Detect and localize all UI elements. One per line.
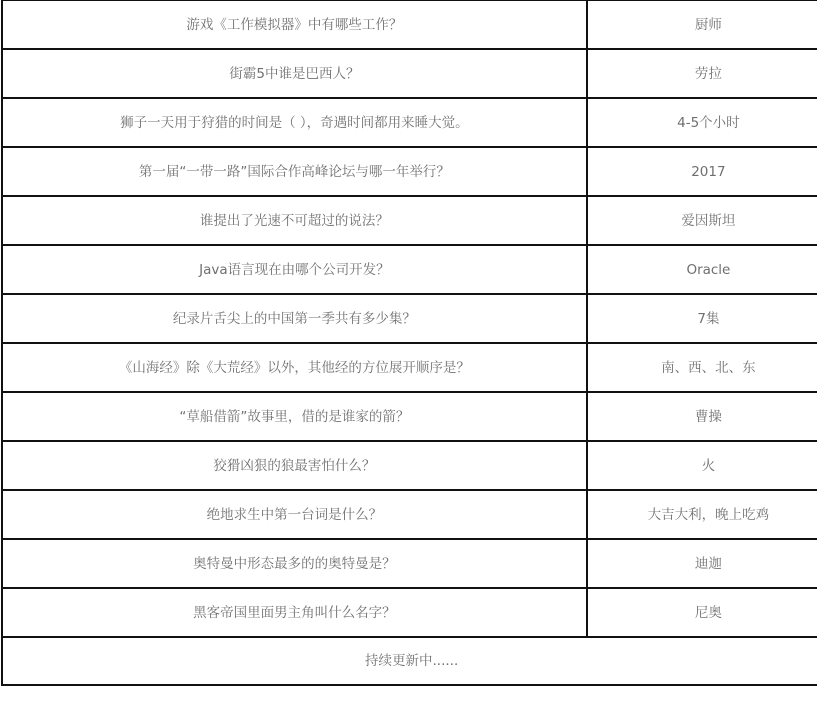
table-row: 游戏《工作模拟器》中有哪些工作？ 厨师	[2, 0, 817, 49]
question-cell: 《山海经》除《大荒经》以外，其他经的方位展开顺序是？	[2, 343, 587, 392]
answer-cell: 劳拉	[587, 49, 817, 98]
question-cell: “草船借箭”故事里，借的是谁家的箭？	[2, 392, 587, 441]
question-cell: 绝地求生中第一台词是什么？	[2, 490, 587, 539]
table-row: 狮子一天用于狩猎的时间是（ ），奇遇时间都用来睡大觉。 4-5个小时	[2, 98, 817, 147]
table-row: 奥特曼中形态最多的的奥特曼是？ 迪迦	[2, 539, 817, 588]
question-cell: 纪录片舌尖上的中国第一季共有多少集？	[2, 294, 587, 343]
answer-cell: 火	[587, 441, 817, 490]
table-row: 第一届“一带一路”国际合作高峰论坛与哪一年举行？ 2017	[2, 147, 817, 196]
question-cell: Java语言现在由哪个公司开发？	[2, 245, 587, 294]
question-cell: 奥特曼中形态最多的的奥特曼是？	[2, 539, 587, 588]
qa-table: 游戏《工作模拟器》中有哪些工作？ 厨师 街霸5中谁是巴西人？ 劳拉 狮子一天用于…	[1, 0, 817, 686]
question-cell: 黑客帝国里面男主角叫什么名字？	[2, 588, 587, 637]
footer-row: 持续更新中......	[2, 637, 817, 685]
table-row: 《山海经》除《大荒经》以外，其他经的方位展开顺序是？ 南、西、北、东	[2, 343, 817, 392]
table-row: 谁提出了光速不可超过的说法？ 爱因斯坦	[2, 196, 817, 245]
answer-cell: 7集	[587, 294, 817, 343]
answer-cell: 2017	[587, 147, 817, 196]
question-cell: 谁提出了光速不可超过的说法？	[2, 196, 587, 245]
answer-cell: 南、西、北、东	[587, 343, 817, 392]
answer-cell: 尼奥	[587, 588, 817, 637]
question-cell: 第一届“一带一路”国际合作高峰论坛与哪一年举行？	[2, 147, 587, 196]
qa-table-body: 游戏《工作模拟器》中有哪些工作？ 厨师 街霸5中谁是巴西人？ 劳拉 狮子一天用于…	[2, 0, 817, 685]
question-cell: 游戏《工作模拟器》中有哪些工作？	[2, 0, 587, 49]
table-row: 黑客帝国里面男主角叫什么名字？ 尼奥	[2, 588, 817, 637]
table-row: “草船借箭”故事里，借的是谁家的箭？ 曹操	[2, 392, 817, 441]
answer-cell: 迪迦	[587, 539, 817, 588]
answer-cell: Oracle	[587, 245, 817, 294]
table-row: 狡猾凶狠的狼最害怕什么？ 火	[2, 441, 817, 490]
update-status-text: 持续更新中......	[2, 637, 817, 685]
table-row: 纪录片舌尖上的中国第一季共有多少集？ 7集	[2, 294, 817, 343]
question-cell: 狡猾凶狠的狼最害怕什么？	[2, 441, 587, 490]
question-cell: 街霸5中谁是巴西人？	[2, 49, 587, 98]
question-cell: 狮子一天用于狩猎的时间是（ ），奇遇时间都用来睡大觉。	[2, 98, 587, 147]
answer-cell: 大吉大利，晚上吃鸡	[587, 490, 817, 539]
answer-cell: 厨师	[587, 0, 817, 49]
answer-cell: 爱因斯坦	[587, 196, 817, 245]
table-row: Java语言现在由哪个公司开发？ Oracle	[2, 245, 817, 294]
table-row: 街霸5中谁是巴西人？ 劳拉	[2, 49, 817, 98]
answer-cell: 曹操	[587, 392, 817, 441]
answer-cell: 4-5个小时	[587, 98, 817, 147]
table-row: 绝地求生中第一台词是什么？ 大吉大利，晚上吃鸡	[2, 490, 817, 539]
